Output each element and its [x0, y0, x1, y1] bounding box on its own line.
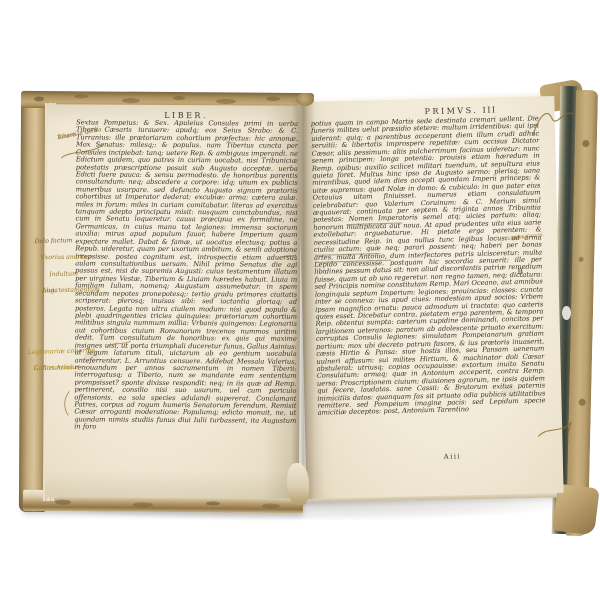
left-page: LIBER. Sextus Pompeius: & Sex. Apuleius …: [45, 104, 301, 499]
marginalia-line: Tiberii: [57, 132, 77, 142]
quire-signature: Aiii: [444, 452, 462, 460]
left-page-text: Sextus Pompeius: & Sex. Apuleius Consule…: [74, 119, 298, 458]
marginal-letter: B: [517, 267, 523, 276]
running-head-right-row: PRIMVS. III: [311, 104, 539, 109]
running-head-right: PRIMVS.: [425, 106, 479, 116]
marginalia-line: Liuia: [42, 287, 58, 294]
pen-flourish: [535, 418, 576, 443]
tailband: [287, 463, 309, 505]
right-page-text: potius quam in campo Martis sede destina…: [311, 115, 547, 456]
pen-brace-mark: [61, 390, 71, 416]
headband: [296, 93, 314, 106]
marginalia-line: Vxorius ambitus: [40, 254, 91, 262]
marginalia-line: Indultum: [49, 270, 78, 278]
pen-flourish: [529, 104, 576, 139]
marginalia-line: Dolo factum: [34, 237, 72, 245]
pen-flourish: [106, 340, 132, 349]
folio-number: III: [483, 105, 497, 114]
book-photo: LIBER. Sextus Pompeius: & Sex. Apuleius …: [0, 0, 600, 600]
marginalia-line: L. Arruntius: [34, 364, 73, 373]
right-page: PRIMVS. III potius quam in campo Martis …: [297, 96, 563, 499]
cover-damage-spot: [562, 306, 571, 320]
gutter-shadow: [291, 100, 315, 500]
